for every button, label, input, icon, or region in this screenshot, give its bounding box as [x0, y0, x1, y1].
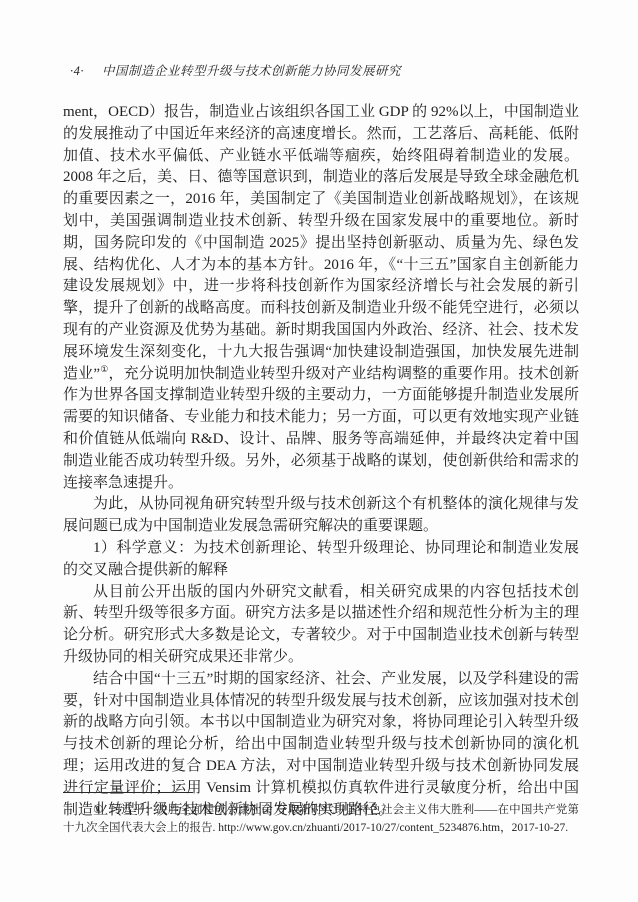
paragraph-2: 为此，从协同视角研究转型升级与技术创新这个有机整体的演化规律与发展问题已成为中国…: [63, 494, 579, 538]
running-title: 中国制造企业转型升级与技术创新能力协同发展研究: [102, 61, 401, 79]
paragraph-1-text: ment，OECD）报告，制造业占该组织各国工业 GDP 的 92%以上，中国制…: [63, 104, 579, 382]
footnote-marker: ①: [93, 804, 103, 816]
footnote-area: ①习近平：决胜全面建成小康社会 夺取新时代中国特色社会主义伟大胜利——在中国共产…: [63, 792, 579, 837]
paragraph-1: ment，OECD）报告，制造业占该组织各国工业 GDP 的 92%以上，中国制…: [63, 102, 579, 494]
footnote-separator-line: [63, 792, 193, 793]
page-number: ·4·: [70, 64, 84, 79]
paragraph-4: 从目前公开出版的国内外研究文献看，相关研究成果的内容包括技术创新、转型升级等很多…: [63, 582, 579, 669]
footnote-1: ①习近平：决胜全面建成小康社会 夺取新时代中国特色社会主义伟大胜利——在中国共产…: [63, 802, 579, 837]
footnote-text: 习近平：决胜全面建成小康社会 夺取新时代中国特色社会主义伟大胜利——在中国共产党…: [63, 804, 579, 834]
paragraph-1-continuation: ，充分说明加快制造业转型升级对产业结构调整的重要作用。技术创新作为世界各国支撑制…: [63, 366, 579, 491]
body-text: ment，OECD）报告，制造业占该组织各国工业 GDP 的 92%以上，中国制…: [63, 102, 579, 821]
running-header: ·4· 中国制造企业转型升级与技术创新能力协同发展研究: [70, 61, 578, 79]
book-page: ·4· 中国制造企业转型升级与技术创新能力协同发展研究 ment，OECD）报告…: [0, 0, 638, 902]
paragraph-3-scientific-significance: 1）科学意义：为技术创新理论、转型升级理论、协同理论和制造业发展的交叉融合提供新…: [63, 538, 579, 582]
